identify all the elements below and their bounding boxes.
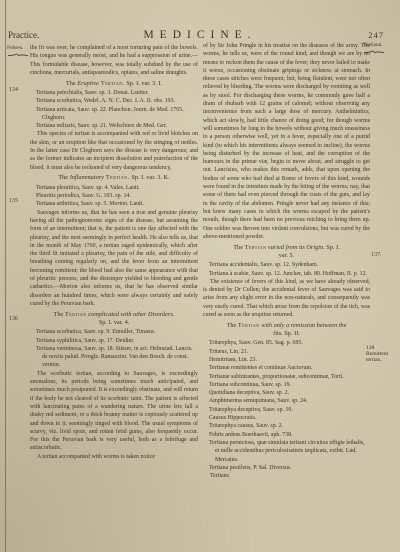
catchword: Tertians <box>203 472 370 480</box>
synonym-line: Tertiana pleuritica, Sauv. sp. 4. Vales.… <box>30 184 198 192</box>
synonym-line: Causus Hippocratis. <box>203 414 370 422</box>
page-title: MEDICINE. <box>0 29 400 41</box>
synonym-line: Tertiana scorbutica, Sauv. sp. 9. Etmull… <box>30 328 198 336</box>
species-heading-134: The Eruptive Tertian. Sp. I. var. 3. I. <box>30 80 198 88</box>
species-heading-138: The Tertian with only a remission betwee… <box>203 322 370 339</box>
synonym-line: Tritæophya causus, Sauv. sp. 2. <box>203 422 370 430</box>
synonym-line: Tertiana à scabie, Sauv. sp. 12. Juncker… <box>203 270 370 278</box>
text-column-right: of by Sir John Pringle in his treatise o… <box>203 42 370 480</box>
synonym-line: Amphimerina semiquintana, Sauv. sp. 24. <box>203 397 370 405</box>
synonym-list-135: Tertiana pleuritica, Sauv. sp. 4. Vales.… <box>30 184 198 209</box>
paragraph-number-135: 135 <box>9 198 18 204</box>
synonym-line: Tertiana arthritica, Sauv. sp. 5. Morton… <box>30 200 198 208</box>
margin-note-label: Febres. <box>7 45 23 51</box>
synonym-list-137: Tertiana accidentalis, Sauv. sp. 12. Syd… <box>203 261 370 278</box>
text-column-left: the fit was over, he complained of a mos… <box>30 44 198 461</box>
paragraph-number-134: 134 <box>9 87 18 93</box>
synonym-line: Hemitritæa, Lin. 23. <box>203 356 370 364</box>
synonym-line: Tritæus, Lin. 21. <box>203 348 370 356</box>
synonym-list-138: Tritæophya, Sauv. Gen. 85. Sag. p. 695.T… <box>203 339 370 472</box>
synonym-line: Tertiana miliaris, Sauv. sp. 21. Welschi… <box>30 122 198 130</box>
synonym-line: Tertiana pestilens, P. Sal. Diversus. <box>203 464 370 472</box>
flourish-icon <box>7 52 29 58</box>
synonym-line: Quotidiana deceptiva, Sauv. sp. 2. <box>203 389 370 397</box>
species-heading-136: The Tertian complicated with other Disor… <box>30 311 198 328</box>
synonym-line: Tertiana petechialis, Sauv. sp. 3. Donat… <box>30 89 198 97</box>
synonym-line: Pleuritis periodica, Sauv. G. 103. sp. 1… <box>30 192 198 200</box>
species-heading-135: The Inflammatory Tertian. Sp. I. var. 3.… <box>30 174 198 182</box>
body-paragraph: of by Sir John Pringle in his treatise o… <box>203 42 370 241</box>
synonym-line: Tertiana perniciosa, quæ simulata tertia… <box>203 439 370 464</box>
body-paragraph: A tertian accompanied with worms is take… <box>30 453 198 461</box>
synonym-line: Tertiana subcontinua, Sauv. sp. 19. <box>203 381 370 389</box>
page-number: 247 <box>368 30 384 40</box>
synonym-line: Tertiana accidentalis, Sauv. sp. 12. Syd… <box>203 261 370 269</box>
synonym-line: Tertiana scorbutica, Wedel. A. N. C. Dec… <box>30 97 198 105</box>
paragraph-number-137: 137. <box>371 252 382 258</box>
margin-note-138: 138 Remittent tertian. <box>366 345 398 363</box>
synonym-line: Febris ardens Boerhaavii, aph. 738. <box>203 431 370 439</box>
synonym-line: Tertiana urticata, Sauv. sp. 22. Plancho… <box>30 106 198 123</box>
body-paragraph: The existence of fevers of this kind, as… <box>203 278 370 319</box>
synonym-line: Tritæophya deceptiva, Sauv. sp. 10. <box>203 406 370 414</box>
synonym-list-134: Tertiana petechialis, Sauv. sp. 3. Donat… <box>30 89 198 130</box>
species-heading-137: The Tertian varied from its Origin. Sp. … <box>203 244 370 261</box>
synonym-line: Tertiana verminosa, Sauv. sp. 18. Stisse… <box>30 345 198 370</box>
synonym-list-136: Tertiana scorbutica, Sauv. sp. 9. Etmull… <box>30 328 198 369</box>
page-edge-rule <box>5 0 6 552</box>
body-paragraph: the fit was over, he complained of a mos… <box>30 44 198 77</box>
synonym-line: Tertiana syphilitica, Sauv. sp. 17. Deid… <box>30 337 198 345</box>
synonym-line: Tertianæ remittentes et continuæ Auctoru… <box>203 364 370 372</box>
paragraph-number-136: 136 <box>9 316 18 322</box>
body-paragraph: Sauvages informs us, that he has seen a … <box>30 209 198 309</box>
margin-note-febres: Febres. <box>7 45 31 58</box>
book-page: Practice. MEDICINE. 247 Febres. 134 135 … <box>0 0 400 552</box>
synonym-line: Tertianæ subintrantes, proportionatæ, su… <box>203 373 370 381</box>
synonym-line: Tritæophya, Sauv. Gen. 85. Sag. p. 695. <box>203 339 370 347</box>
body-paragraph: The scorbutic tertian, according to Sauv… <box>30 370 198 453</box>
body-paragraph: This species of tertian is accompanied w… <box>30 130 198 171</box>
